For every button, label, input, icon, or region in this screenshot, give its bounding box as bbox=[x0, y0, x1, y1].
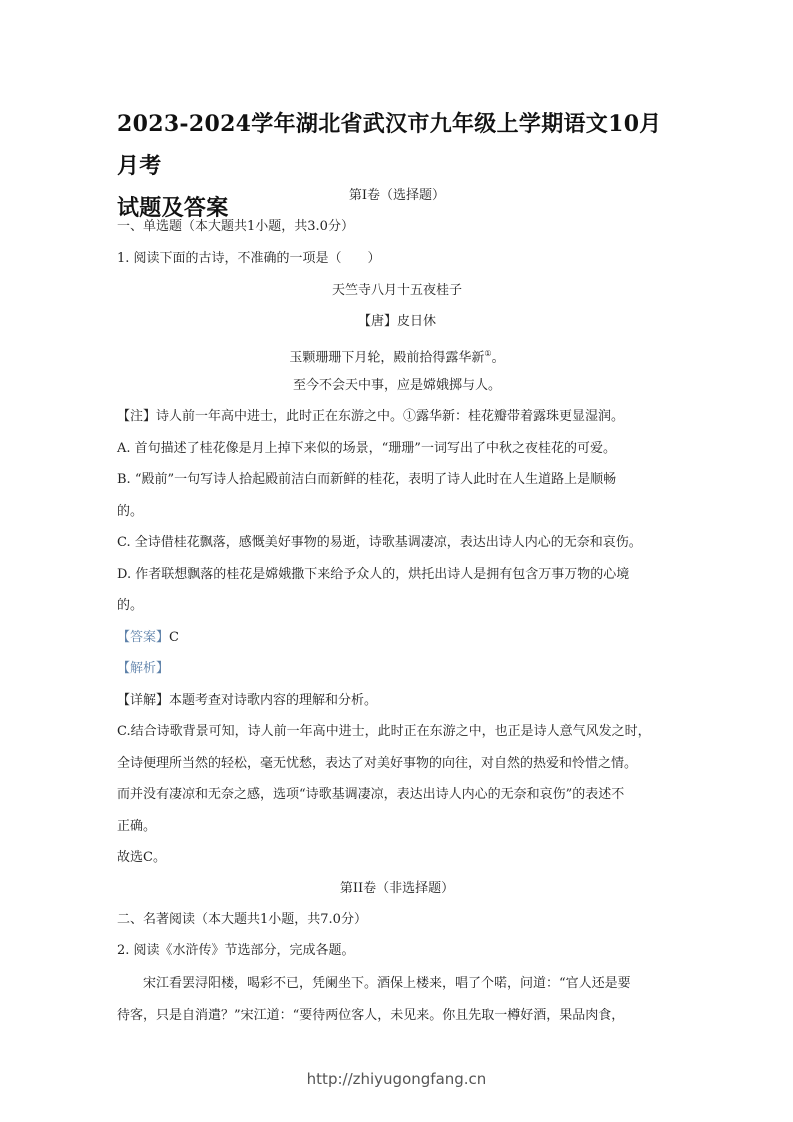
question-2-stem: 2. 阅读《水浒传》节选部分，完成各题。 bbox=[117, 941, 677, 961]
explanation-line-1: C.结合诗歌背景可知，诗人前一年高中进士，此时正在东游之中，也正是诗人意气风发之… bbox=[117, 722, 677, 742]
poem-line-1-end: 。 bbox=[492, 350, 505, 365]
answer-row: 【答案】C bbox=[117, 628, 677, 648]
part1-heading: 第I卷（选择题） bbox=[117, 186, 677, 206]
poem-line-2: 至今不会天中事，应是嫦娥掷与人。 bbox=[117, 376, 677, 396]
title-line-1: 2023-2024学年湖北省武汉市九年级上学期语文10月月考 bbox=[117, 103, 677, 187]
poem-author: 【唐】皮日休 bbox=[117, 312, 677, 332]
explanation-line-4: 正确。 bbox=[117, 817, 677, 837]
option-d-line-1: D. 作者联想飘落的桂花是嫦娥撒下来给予众人的，烘托出诗人是拥有包含万事万物的心… bbox=[117, 565, 677, 585]
poem-line-1-text: 玉颗珊珊下月轮，殿前拾得露华新 bbox=[289, 350, 484, 365]
section1-heading: 一、单选题（本大题共1小题，共3.0分） bbox=[117, 217, 677, 237]
option-a: A. 首句描述了桂花像是月上掉下来似的场景，“珊珊”一词写出了中秋之夜桂花的可爱… bbox=[117, 439, 677, 459]
conclusion: 故选C。 bbox=[117, 848, 677, 868]
poem-line-1: 玉颗珊珊下月轮，殿前拾得露华新①。 bbox=[117, 344, 677, 368]
section2-heading: 二、名著阅读（本大题共1小题，共7.0分） bbox=[117, 910, 677, 930]
detail-line: 【详解】本题考查对诗歌内容的理解和分析。 bbox=[117, 691, 677, 711]
option-c: C. 全诗借桂花飘落，感慨美好事物的易逝，诗歌基调凄凉，表达出诗人内心的无奈和哀… bbox=[117, 533, 677, 553]
passage-line-1: 宋江看罢浔阳楼，喝彩不已，凭阑坐下。酒保上楼来，唱了个喏，问道：“官人还是要 bbox=[117, 974, 677, 994]
option-b-line-2: 的。 bbox=[117, 502, 677, 522]
option-b-line-1: B. “殿前”一句写诗人拾起殿前洁白而新鲜的桂花，表明了诗人此时在人生道路上是顺… bbox=[117, 470, 677, 490]
question-1-stem: 1. 阅读下面的古诗，不准确的一项是（ ） bbox=[117, 249, 677, 269]
part2-heading: 第II卷（非选择题） bbox=[117, 879, 677, 899]
footnote-mark: ① bbox=[484, 349, 491, 358]
footer-url[interactable]: http://zhiyugongfang.cn bbox=[0, 1070, 793, 1088]
analysis-label: 【解析】 bbox=[117, 659, 677, 679]
answer-label: 【答案】 bbox=[117, 630, 169, 645]
option-d-line-2: 的。 bbox=[117, 596, 677, 616]
document-title: 2023-2024学年湖北省武汉市九年级上学期语文10月月考 试题及答案 bbox=[117, 103, 677, 229]
explanation-line-2: 全诗便理所当然的轻松，毫无忧愁，表达了对美好事物的向往，对自然的热爱和怜惜之情。 bbox=[117, 754, 677, 774]
poem-title: 天竺寺八月十五夜桂子 bbox=[117, 281, 677, 301]
passage-line-2: 待客，只是自消遣？”宋江道：“要待两位客人，未见来。你且先取一樽好酒，果品肉食， bbox=[117, 1006, 677, 1026]
poem-note: 【注】诗人前一年高中进士，此时正在东游之中。①露华新：桂花瓣带着露珠更显湿润。 bbox=[117, 407, 677, 427]
explanation-line-3: 而并没有凄凉和无奈之感，选项“诗歌基调凄凉，表达出诗人内心的无奈和哀伤”的表述不 bbox=[117, 785, 677, 805]
answer-value: C bbox=[169, 630, 179, 645]
